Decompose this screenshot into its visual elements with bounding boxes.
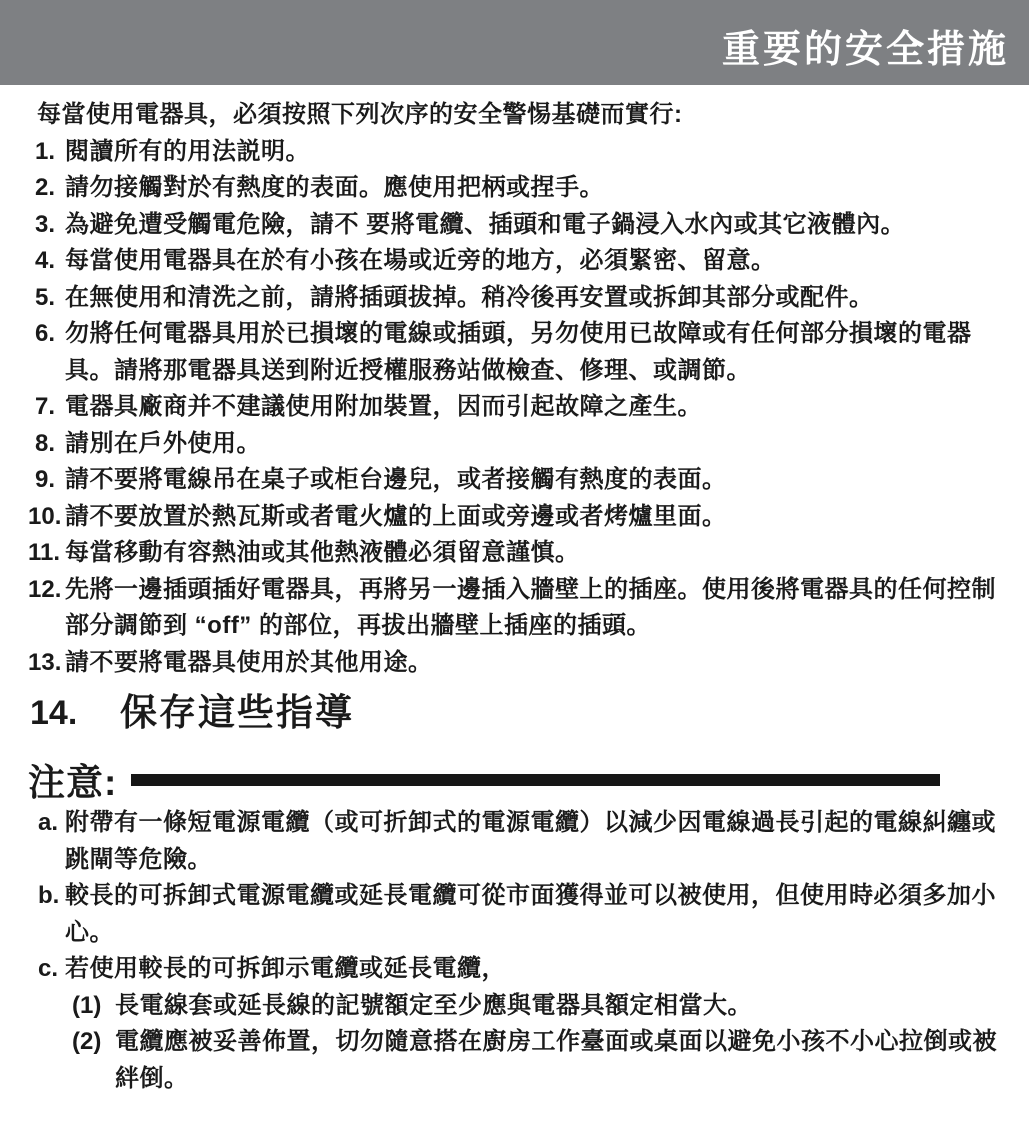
list-item: 12. 先將一邊插頭插好電器具，再將另一邊插入牆壁上的插座。使用後將電器具的任何… bbox=[28, 572, 1001, 645]
item-text: 閱讀所有的用法説明。 bbox=[65, 134, 1001, 171]
item-number: 3. bbox=[28, 207, 65, 244]
list-item: a. 附帶有一條短電源電纜（或可折卸式的電源電纜）以減少因電線過長引起的電線糾纏… bbox=[28, 805, 1001, 878]
item-text: 長電線套或延長線的記號額定至少應與電器具額定相當大。 bbox=[115, 988, 1001, 1025]
notice-list: a. 附帶有一條短電源電纜（或可折卸式的電源電纜）以減少因電線過長引起的電線糾纏… bbox=[28, 805, 1001, 1097]
item-text: 較長的可拆卸式電源電纜或延長電纜可從市面獲得並可以被使用，但使用時必須多加小心。 bbox=[65, 878, 1001, 951]
item-number: (2) bbox=[72, 1024, 115, 1061]
intro-text: 每當使用電器具，必須按照下列次序的安全警惕基礎而實行: bbox=[37, 97, 1001, 134]
item-text: 電纜應被妥善佈置，切勿隨意搭在廚房工作臺面或桌面以避免小孩不小心拉倒或被絆倒。 bbox=[115, 1024, 1001, 1097]
item-text: 每當使用電器具在於有小孩在場或近旁的地方，必須緊密、留意。 bbox=[65, 243, 1001, 280]
content: 每當使用電器具，必須按照下列次序的安全警惕基礎而實行: 1. 閱讀所有的用法説明… bbox=[0, 85, 1029, 1097]
list-item: 1. 閱讀所有的用法説明。 bbox=[28, 134, 1001, 171]
page-header: 重要的安全措施 bbox=[0, 0, 1029, 85]
item-number: 6. bbox=[28, 316, 65, 353]
item-number: 8. bbox=[28, 426, 65, 463]
sub-list-item: (2) 電纜應被妥善佈置，切勿隨意搭在廚房工作臺面或桌面以避免小孩不小心拉倒或被… bbox=[28, 1024, 1001, 1097]
list-item: 3. 為避免遭受觸電危險，請不 要將電纜、插頭和電子鍋浸入水內或其它液體內。 bbox=[28, 207, 1001, 244]
notice-heading: 注意: bbox=[28, 763, 1001, 803]
item-number: 13. bbox=[28, 645, 65, 682]
item-letter: b. bbox=[28, 878, 65, 915]
item-text: 若使用較長的可拆卸示電纜或延長電纜， bbox=[65, 951, 1001, 988]
item-number: 11. bbox=[28, 535, 65, 572]
item-text: 在無使用和清洗之前，請將插頭拔掉。稍冷後再安置或拆卸其部分或配件。 bbox=[65, 280, 1001, 317]
list-item: 9. 請不要將電線吊在桌子或柜台邊兒，或者接觸有熱度的表面。 bbox=[28, 462, 1001, 499]
list-item: 5. 在無使用和清洗之前，請將插頭拔掉。稍冷後再安置或拆卸其部分或配件。 bbox=[28, 280, 1001, 317]
manual-safety-page: 重要的安全措施 每當使用電器具，必須按照下列次序的安全警惕基礎而實行: 1. 閱… bbox=[0, 0, 1029, 1126]
item-text: 請不要放置於熱瓦斯或者電火爐的上面或旁邊或者烤爐里面。 bbox=[65, 499, 1001, 536]
list-item: 2. 請勿接觸對於有熱度的表面。應使用把柄或捏手。 bbox=[28, 170, 1001, 207]
item-letter: c. bbox=[28, 951, 65, 988]
list-item: 6. 勿將任何電器具用於已損壞的電線或插頭，另勿使用已故障或有任何部分損壞的電器… bbox=[28, 316, 1001, 389]
item-text: 勿將任何電器具用於已損壞的電線或插頭，另勿使用已故障或有任何部分損壞的電器具。請… bbox=[65, 316, 1001, 389]
notice-rule bbox=[131, 774, 940, 786]
list-item: b. 較長的可拆卸式電源電纜或延長電纜可從市面獲得並可以被使用，但使用時必須多加… bbox=[28, 878, 1001, 951]
item-number: 5. bbox=[28, 280, 65, 317]
item-number: 7. bbox=[28, 389, 65, 426]
safety-instructions-list: 1. 閱讀所有的用法説明。 2. 請勿接觸對於有熱度的表面。應使用把柄或捏手。 … bbox=[28, 134, 1001, 682]
item-number: 12. bbox=[28, 572, 65, 609]
item-number: 1. bbox=[28, 134, 65, 171]
item-number: 9. bbox=[28, 462, 65, 499]
item-text: 附帶有一條短電源電纜（或可折卸式的電源電纜）以減少因電線過長引起的電線糾纏或跳閘… bbox=[65, 805, 1001, 878]
item-text: 請不要將電器具使用於其他用途。 bbox=[65, 645, 1001, 682]
item-number: 10. bbox=[28, 499, 65, 536]
notice-section: 注意: a. 附帶有一條短電源電纜（或可折卸式的電源電纜）以減少因電線過長引起的… bbox=[28, 763, 1001, 1097]
list-item: 11. 每當移動有容熱油或其他熱液體必須留意謹慎。 bbox=[28, 535, 1001, 572]
page-title: 重要的安全措施 bbox=[722, 31, 1009, 69]
sub-list-item: (1) 長電線套或延長線的記號額定至少應與電器具額定相當大。 bbox=[28, 988, 1001, 1025]
item-number: 4. bbox=[28, 243, 65, 280]
item-text: 為避免遭受觸電危險，請不 要將電纜、插頭和電子鍋浸入水內或其它液體內。 bbox=[65, 207, 1001, 244]
item-text: 請別在戶外使用。 bbox=[65, 426, 1001, 463]
item-number: 2. bbox=[28, 170, 65, 207]
item-text: 每當移動有容熱油或其他熱液體必須留意謹慎。 bbox=[65, 535, 1001, 572]
item-text: 請不要將電線吊在桌子或柜台邊兒，或者接觸有熱度的表面。 bbox=[65, 462, 1001, 499]
list-item: 4. 每當使用電器具在於有小孩在場或近旁的地方，必須緊密、留意。 bbox=[28, 243, 1001, 280]
list-item: 13. 請不要將電器具使用於其他用途。 bbox=[28, 645, 1001, 682]
item-number: (1) bbox=[72, 988, 115, 1025]
list-item: 10. 請不要放置於熱瓦斯或者電火爐的上面或旁邊或者烤爐里面。 bbox=[28, 499, 1001, 536]
item-text: 保存這些指導 bbox=[120, 689, 354, 737]
list-item: 7. 電器具廠商并不建議使用附加裝置，因而引起故障之產生。 bbox=[28, 389, 1001, 426]
notice-label: 注意: bbox=[28, 763, 117, 803]
save-instructions-heading: 14. 保存這些指導 bbox=[30, 689, 1001, 737]
list-item: 8. 請別在戶外使用。 bbox=[28, 426, 1001, 463]
item-text: 先將一邊插頭插好電器具，再將另一邊插入牆壁上的插座。使用後將電器具的任何控制部分… bbox=[65, 572, 1001, 645]
list-item: c. 若使用較長的可拆卸示電纜或延長電纜， bbox=[28, 951, 1001, 988]
item-text: 電器具廠商并不建議使用附加裝置，因而引起故障之產生。 bbox=[65, 389, 1001, 426]
item-number: 14. bbox=[30, 689, 120, 737]
item-letter: a. bbox=[28, 805, 65, 842]
item-text: 請勿接觸對於有熱度的表面。應使用把柄或捏手。 bbox=[65, 170, 1001, 207]
